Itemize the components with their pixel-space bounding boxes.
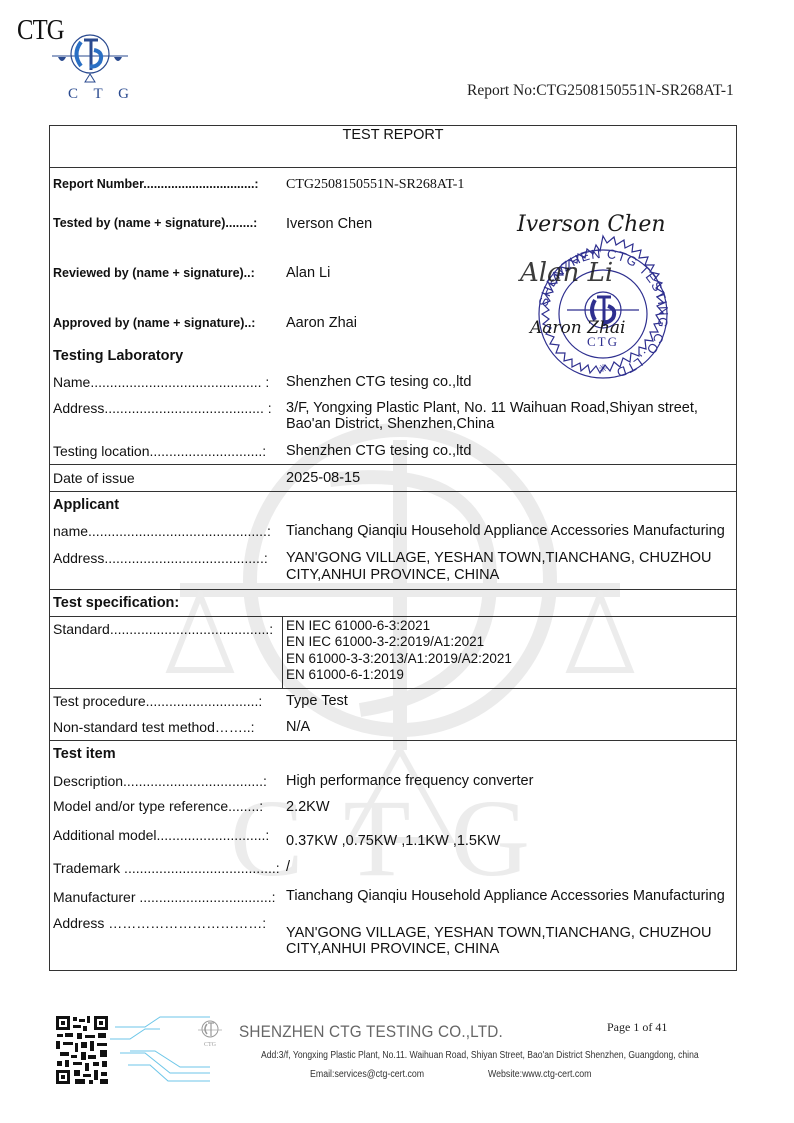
tested-by-label: Tested by (name + signature)........: xyxy=(53,216,257,230)
divider xyxy=(49,464,737,465)
manufacturer-value: Tianchang Qianqiu Household Appliance Ac… xyxy=(286,888,725,905)
description-label: Description.............................… xyxy=(53,773,267,789)
tested-by-value: Iverson Chen xyxy=(286,216,372,233)
applicant-address-label: Address.................................… xyxy=(53,550,268,566)
applicant-address-line1: YAN'GONG VILLAGE, YESHAN TOWN,TIANCHANG,… xyxy=(286,550,711,567)
report-number-label: Report Number...........................… xyxy=(53,177,259,191)
test-specification-heading: Test specification: xyxy=(53,595,179,611)
lab-address-line1: 3/F, Yongxing Plastic Plant, No. 11 Waih… xyxy=(286,400,698,417)
applicant-name-label: name....................................… xyxy=(53,523,271,539)
manufacturer-address-label: Address ……………………………: xyxy=(53,915,266,931)
applicant-heading: Applicant xyxy=(53,497,119,513)
ctg-logo-icon xyxy=(50,30,130,86)
divider xyxy=(282,616,283,688)
reviewed-by-value: Alan Li xyxy=(286,265,330,282)
standard-label: Standard................................… xyxy=(53,621,273,637)
trademark-label: Trademark ..............................… xyxy=(53,860,280,876)
lab-name-value: Shenzhen CTG tesing co.,ltd xyxy=(286,374,471,391)
approved-by-signature: Aaron Zhai xyxy=(530,318,625,338)
description-value: High performance frequency converter xyxy=(286,773,533,790)
svg-text:CTG: CTG xyxy=(204,1042,217,1048)
logo-subtext: C T G xyxy=(68,86,135,103)
footer-email-link[interactable]: Email:services@ctg-cert.com xyxy=(310,1069,424,1080)
standard-item: EN IEC 61000-3-2:2019/A1:2021 xyxy=(286,634,484,650)
reviewed-by-signature: Alan Li xyxy=(520,258,613,288)
trademark-value: / xyxy=(286,859,290,876)
applicant-address-line2: CITY,ANHUI PROVINCE, CHINA xyxy=(286,567,499,584)
lab-address-label: Address.................................… xyxy=(53,400,272,416)
model-label: Model and/or type reference........: xyxy=(53,798,263,814)
footer-website-link[interactable]: Website:www.ctg-cert.com xyxy=(488,1069,592,1080)
svg-text:✳: ✳ xyxy=(598,363,607,375)
non-standard-method-label: Non-standard test method……..: xyxy=(53,719,255,735)
additional-model-label: Additional model........................… xyxy=(53,827,269,843)
additional-model-value: 0.37KW ,0.75KW ,1.1KW ,1.5KW xyxy=(286,833,500,850)
manufacturer-label: Manufacturer ...........................… xyxy=(53,889,276,905)
standard-item: EN IEC 61000-6-3:2021 xyxy=(286,618,430,634)
date-of-issue-label: Date of issue xyxy=(53,470,135,486)
manufacturer-address-line1: YAN'GONG VILLAGE, YESHAN TOWN,TIANCHANG,… xyxy=(286,925,711,942)
lab-name-label: Name....................................… xyxy=(53,374,269,390)
divider xyxy=(49,167,737,168)
report-number-value: CTG2508150551N-SR268AT-1 xyxy=(286,176,464,193)
non-standard-method-value: N/A xyxy=(286,719,310,736)
testing-laboratory-heading: Testing Laboratory xyxy=(53,348,183,364)
qr-code-icon[interactable] xyxy=(55,1015,109,1085)
lab-address-line2: Bao'an District, Shenzhen,China xyxy=(286,416,494,433)
model-value: 2.2KW xyxy=(286,799,330,816)
page-number: Page 1 of 41 xyxy=(607,1020,667,1035)
standard-item: EN 61000-6-1:2019 xyxy=(286,667,404,683)
footer-address: Add:3/f, Yongxing Plastic Plant, No.11. … xyxy=(261,1050,699,1061)
approved-by-value: Aaron Zhai xyxy=(286,315,357,332)
circuit-lines-decoration xyxy=(110,1015,210,1085)
testing-location-value: Shenzhen CTG tesing co.,ltd xyxy=(286,443,471,460)
test-procedure-value: Type Test xyxy=(286,693,348,710)
divider xyxy=(49,616,737,617)
applicant-name-value: Tianchang Qianqiu Household Appliance Ac… xyxy=(286,523,725,540)
divider xyxy=(49,740,737,741)
report-title: TEST REPORT xyxy=(49,127,737,143)
tested-by-signature: Iverson Chen xyxy=(517,212,666,237)
test-item-heading: Test item xyxy=(53,746,116,762)
date-of-issue-value: 2025-08-15 xyxy=(286,470,360,487)
footer-company-name: SHENZHEN CTG TESTING CO.,LTD. xyxy=(239,1022,503,1042)
divider xyxy=(49,589,737,590)
divider xyxy=(49,491,737,492)
standard-item: EN 61000-3-3:2013/A1:2019/A2:2021 xyxy=(286,651,512,667)
divider xyxy=(49,688,737,689)
testing-location-label: Testing location........................… xyxy=(53,443,266,459)
reviewed-by-label: Reviewed by (name + signature)..: xyxy=(53,266,255,280)
report-number-header: Report No:CTG2508150551N-SR268AT-1 xyxy=(467,82,734,100)
test-procedure-label: Test procedure..........................… xyxy=(53,693,262,709)
manufacturer-address-line2: CITY,ANHUI PROVINCE, CHINA xyxy=(286,941,499,958)
footer-ctg-logo-icon: CTG xyxy=(196,1018,224,1048)
approved-by-label: Approved by (name + signature)..: xyxy=(53,316,255,330)
